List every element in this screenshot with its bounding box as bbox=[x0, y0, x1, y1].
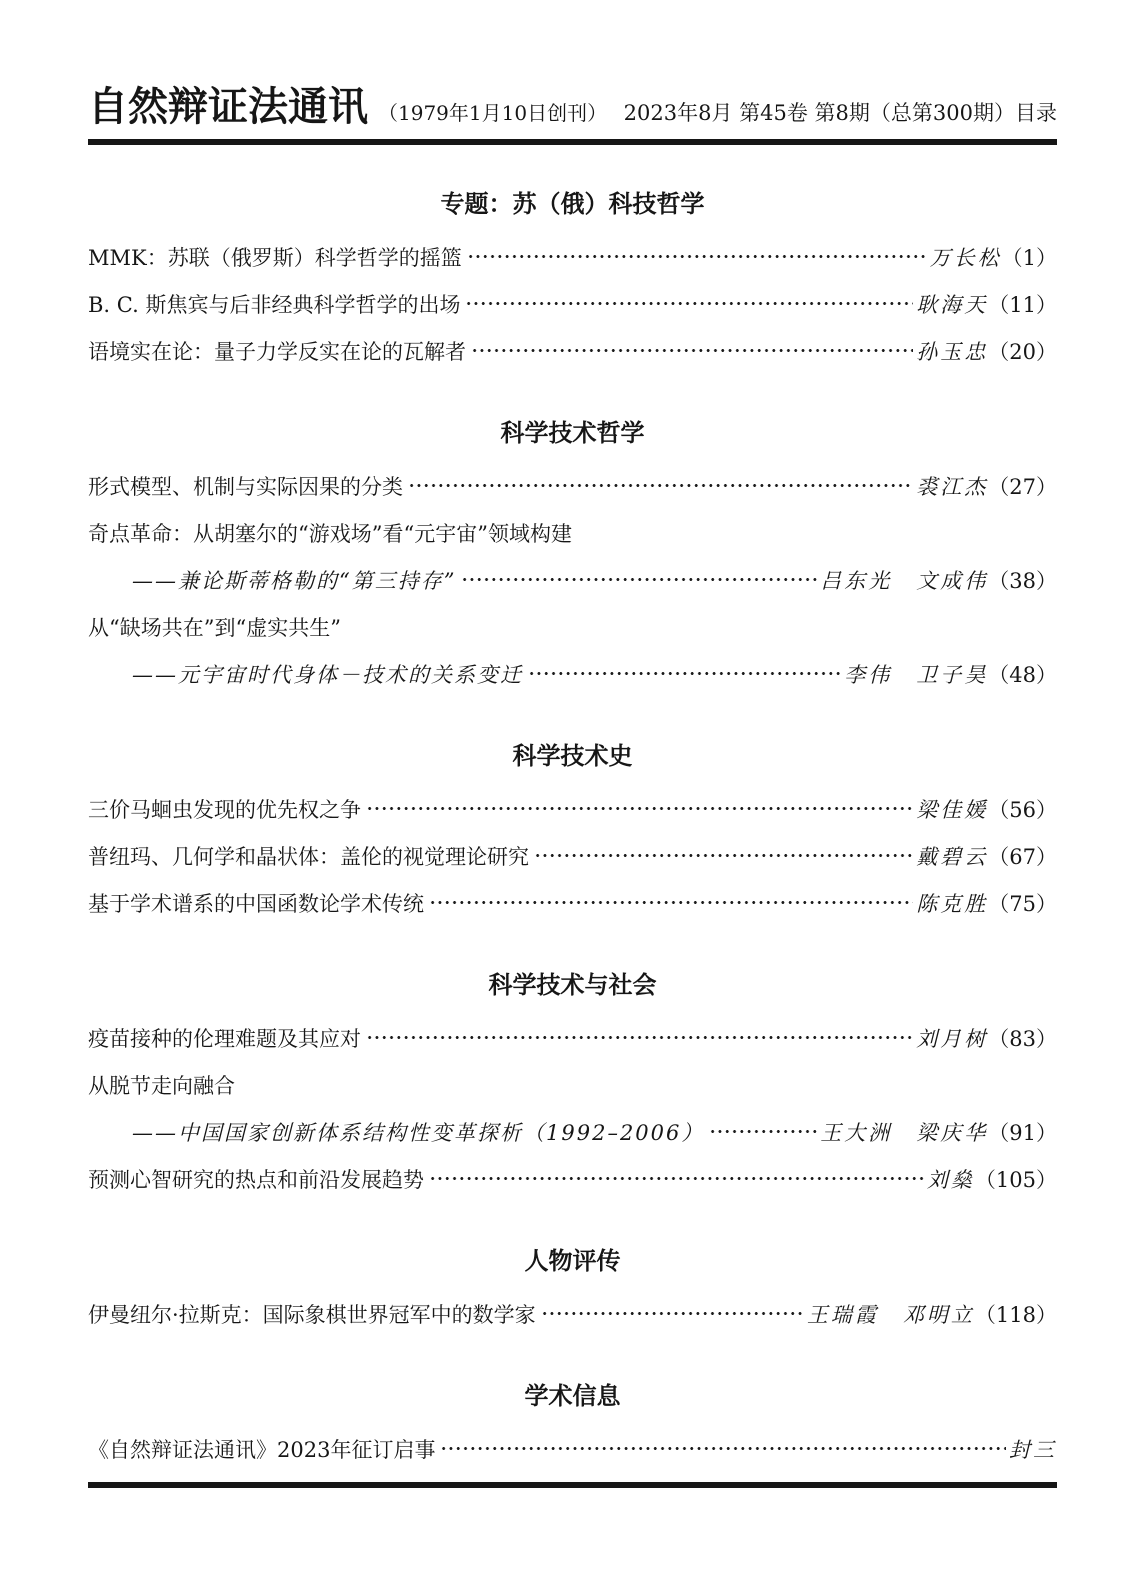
toc-section: 科学技术哲学形式模型、机制与实际因果的分类裘江杰（27）奇点革命：从胡塞尔的“游… bbox=[88, 374, 1057, 697]
toc-entry: B. C. 斯焦宾与后非经典科学哲学的出场耿海天（11） bbox=[88, 280, 1057, 327]
toc-section: 学术信息《自然辩证法通讯》2023年征订启事封三 bbox=[88, 1337, 1057, 1472]
toc-section: 科学技术与社会疫苗接种的伦理难题及其应对刘月树（83）从脱节走向融合——中国国家… bbox=[88, 926, 1057, 1202]
entry-title: 伊曼纽尔·拉斯克：国际象棋世界冠军中的数学家 bbox=[88, 1299, 536, 1329]
toc-entry: 奇点革命：从胡塞尔的“游戏场”看“元宇宙”领域构建 bbox=[88, 509, 1057, 556]
founding-note: （1979年1月10日创刊） bbox=[378, 97, 607, 126]
toc-entry: 伊曼纽尔·拉斯克：国际象棋世界冠军中的数学家王瑞霞 邓明立（118） bbox=[88, 1290, 1057, 1337]
toc-entry: 普纽玛、几何学和晶状体：盖伦的视觉理论研究戴碧云（67） bbox=[88, 832, 1057, 879]
entry-authors: 吕东光 文成伟 bbox=[820, 565, 988, 595]
entry-authors: 耿海天 bbox=[916, 289, 988, 319]
toc-entry: ——元宇宙时代身体－技术的关系变迁李伟 卫子昊（48） bbox=[88, 650, 1057, 697]
toc-entry: MMK：苏联（俄罗斯）科学哲学的摇篮万长松（1） bbox=[88, 233, 1057, 280]
dot-leader bbox=[534, 848, 913, 863]
entry-authors: 刘燊 bbox=[927, 1164, 975, 1194]
entry-title: ——元宇宙时代身体－技术的关系变迁 bbox=[132, 659, 523, 689]
issue-info: 2023年8月 第45卷 第8期（总第300期）目录 bbox=[624, 97, 1057, 127]
dot-leader bbox=[541, 1306, 804, 1321]
journal-header-left: 自然辩证法通讯 （1979年1月10日创刊） bbox=[88, 84, 607, 130]
entry-authors: 戴碧云 bbox=[916, 841, 988, 871]
entry-title: 三价马蛔虫发现的优先权之争 bbox=[88, 794, 361, 824]
entry-authors: 孙玉忠 bbox=[916, 336, 988, 366]
entry-title: 《自然辩证法通讯》2023年征订启事 bbox=[88, 1434, 435, 1464]
entry-title: 从“缺场共在”到“虚实共生” bbox=[88, 612, 341, 642]
journal-header: 自然辩证法通讯 （1979年1月10日创刊） 2023年8月 第45卷 第8期（… bbox=[88, 84, 1057, 130]
section-title: 科学技术史 bbox=[88, 697, 1057, 785]
dot-leader bbox=[467, 249, 927, 264]
dot-leader bbox=[366, 801, 913, 816]
entry-authors: 梁佳媛 bbox=[916, 794, 988, 824]
entry-page: （105） bbox=[975, 1164, 1057, 1194]
entry-page: （91） bbox=[988, 1117, 1057, 1147]
entry-title: 预测心智研究的热点和前沿发展趋势 bbox=[88, 1164, 424, 1194]
entry-title: 普纽玛、几何学和晶状体：盖伦的视觉理论研究 bbox=[88, 841, 529, 871]
entry-title: B. C. 斯焦宾与后非经典科学哲学的出场 bbox=[88, 289, 460, 319]
toc-section: 专题：苏（俄）科技哲学MMK：苏联（俄罗斯）科学哲学的摇篮万长松（1）B. C.… bbox=[88, 145, 1057, 374]
toc-entry: 从“缺场共在”到“虚实共生” bbox=[88, 603, 1057, 650]
toc-entry: ——兼论斯蒂格勒的“第三持存”吕东光 文成伟（38） bbox=[88, 556, 1057, 603]
toc-entry: 从脱节走向融合 bbox=[88, 1061, 1057, 1108]
entry-authors: 封三 bbox=[1009, 1434, 1057, 1464]
section-title: 专题：苏（俄）科技哲学 bbox=[88, 145, 1057, 233]
toc-list: 专题：苏（俄）科技哲学MMK：苏联（俄罗斯）科学哲学的摇篮万长松（1）B. C.… bbox=[88, 145, 1057, 1472]
toc-entry: 预测心智研究的热点和前沿发展趋势刘燊（105） bbox=[88, 1155, 1057, 1202]
entry-title: 语境实在论：量子力学反实在论的瓦解者 bbox=[88, 336, 466, 366]
dot-leader bbox=[429, 1171, 924, 1186]
entry-authors: 万长松 bbox=[930, 242, 1002, 272]
entry-title: MMK：苏联（俄罗斯）科学哲学的摇篮 bbox=[88, 242, 462, 272]
entry-title: ——兼论斯蒂格勒的“第三持存” bbox=[132, 565, 456, 595]
dot-leader bbox=[465, 296, 913, 311]
toc-entry: ——中国国家创新体系结构性变革探析（1992–2006）王大洲 梁庆华（91） bbox=[88, 1108, 1057, 1155]
entry-page: （1） bbox=[1002, 242, 1057, 272]
dot-leader bbox=[461, 572, 817, 587]
dot-leader bbox=[471, 343, 913, 358]
toc-section: 人物评传伊曼纽尔·拉斯克：国际象棋世界冠军中的数学家王瑞霞 邓明立（118） bbox=[88, 1202, 1057, 1337]
entry-authors: 王大洲 梁庆华 bbox=[820, 1117, 988, 1147]
entry-authors: 李伟 卫子昊 bbox=[844, 659, 988, 689]
entry-title: 基于学术谱系的中国函数论学术传统 bbox=[88, 888, 424, 918]
entry-page: （56） bbox=[988, 794, 1057, 824]
entry-page: （67） bbox=[988, 841, 1057, 871]
entry-page: （38） bbox=[988, 565, 1057, 595]
toc-section: 科学技术史三价马蛔虫发现的优先权之争梁佳媛（56）普纽玛、几何学和晶状体：盖伦的… bbox=[88, 697, 1057, 926]
dot-leader bbox=[429, 895, 913, 910]
toc-entry: 三价马蛔虫发现的优先权之争梁佳媛（56） bbox=[88, 785, 1057, 832]
toc-entry: 疫苗接种的伦理难题及其应对刘月树（83） bbox=[88, 1014, 1057, 1061]
entry-authors: 王瑞霞 邓明立 bbox=[807, 1299, 975, 1329]
entry-page: （83） bbox=[988, 1023, 1057, 1053]
entry-title: 疫苗接种的伦理难题及其应对 bbox=[88, 1023, 361, 1053]
section-title: 科学技术哲学 bbox=[88, 374, 1057, 462]
section-title: 人物评传 bbox=[88, 1202, 1057, 1290]
dot-leader bbox=[408, 478, 913, 493]
entry-page: （118） bbox=[975, 1299, 1057, 1329]
toc-entry: 《自然辩证法通讯》2023年征订启事封三 bbox=[88, 1425, 1057, 1472]
bottom-rule bbox=[88, 1482, 1057, 1488]
entry-title: 奇点革命：从胡塞尔的“游戏场”看“元宇宙”领域构建 bbox=[88, 518, 572, 548]
section-title: 科学技术与社会 bbox=[88, 926, 1057, 1014]
entry-page: （27） bbox=[988, 471, 1057, 501]
entry-authors: 陈克胜 bbox=[916, 888, 988, 918]
journal-logo: 自然辩证法通讯 bbox=[88, 84, 368, 130]
entry-title: ——中国国家创新体系结构性变革探析（1992–2006） bbox=[132, 1117, 704, 1147]
entry-authors: 裘江杰 bbox=[916, 471, 988, 501]
dot-leader bbox=[366, 1030, 913, 1045]
entry-title: 形式模型、机制与实际因果的分类 bbox=[88, 471, 403, 501]
entry-page: （48） bbox=[988, 659, 1057, 689]
entry-title: 从脱节走向融合 bbox=[88, 1070, 235, 1100]
dot-leader bbox=[440, 1441, 1006, 1456]
dot-leader bbox=[709, 1124, 817, 1139]
entry-authors: 刘月树 bbox=[916, 1023, 988, 1053]
entry-page: （75） bbox=[988, 888, 1057, 918]
toc-entry: 形式模型、机制与实际因果的分类裘江杰（27） bbox=[88, 462, 1057, 509]
entry-page: （20） bbox=[988, 336, 1057, 366]
toc-entry: 基于学术谱系的中国函数论学术传统陈克胜（75） bbox=[88, 879, 1057, 926]
entry-page: （11） bbox=[988, 289, 1057, 319]
section-title: 学术信息 bbox=[88, 1337, 1057, 1425]
toc-entry: 语境实在论：量子力学反实在论的瓦解者孙玉忠（20） bbox=[88, 327, 1057, 374]
toc-page: 自然辩证法通讯 （1979年1月10日创刊） 2023年8月 第45卷 第8期（… bbox=[0, 0, 1147, 1594]
dot-leader bbox=[528, 666, 841, 681]
